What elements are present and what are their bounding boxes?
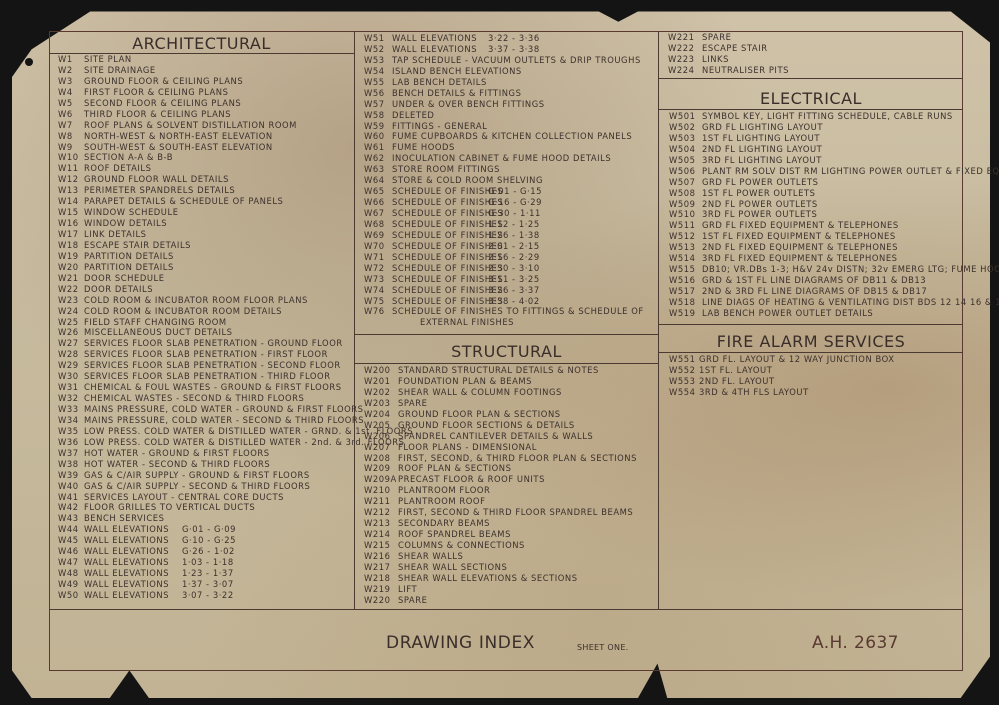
list-item: W518LINE DIAGS OF HEATING & VENTILATING … (659, 297, 963, 308)
drawing-code: W39 (58, 470, 84, 481)
drawing-code: W20 (58, 262, 84, 273)
drawing-description: GROUND FLOOR SECTIONS & DETAILS (398, 420, 575, 431)
drawing-code: W224 (668, 65, 702, 76)
architectural-list: W1SITE PLANW2SITE DRAINAGEW3GROUND FLOOR… (49, 54, 354, 601)
list-item: W1SITE PLAN (49, 54, 354, 65)
drawing-description: FIRST FLOOR & CEILING PLANS (84, 87, 228, 98)
list-item: W58DELETED (355, 110, 658, 121)
drawing-code: W19 (58, 251, 84, 262)
list-item: W65SCHEDULE OF FINISHESG·01 - G·15 (355, 186, 658, 197)
list-item: W9SOUTH-WEST & SOUTH-EAST ELEVATION (49, 142, 354, 153)
drawing-description: STORE ROOM FITTINGS (392, 164, 500, 175)
list-item: W18ESCAPE STAIR DETAILS (49, 240, 354, 251)
drawing-description: ROOF SPANDREL BEAMS (398, 529, 511, 540)
list-item: W219LIFT (355, 584, 658, 595)
drawing-code: W220 (364, 595, 398, 606)
drawing-description: ROOF DETAILS (84, 163, 151, 174)
drawing-code: W12 (58, 174, 84, 185)
drawing-code: W506 (669, 166, 702, 177)
drawing-code: W17 (58, 229, 84, 240)
drawing-description: SERVICES FLOOR SLAB PENETRATION - THIRD … (84, 371, 331, 382)
drawing-code: W504 (669, 144, 702, 155)
list-item: W216SHEAR WALLS (355, 551, 658, 562)
list-item: W42FLOOR GRILLES TO VERTICAL DUCTS (49, 502, 354, 513)
drawing-description: PRECAST FLOOR & ROOF UNITS (398, 474, 545, 485)
drawing-code: W5 (58, 98, 84, 109)
drawing-description: SOUTH-WEST & SOUTH-EAST ELEVATION (84, 142, 273, 153)
drawing-code: W57 (364, 99, 392, 110)
drawing-description: TAP SCHEDULE - VACUUM OUTLETS & DRIP TRO… (392, 55, 641, 66)
list-item: W222ESCAPE STAIR (659, 43, 963, 54)
drawing-description: GRD FL POWER OUTLETS (702, 177, 819, 188)
drawing-code: W69 (364, 230, 392, 241)
room-range: 3·07 - 3·22 (182, 590, 234, 601)
list-item: W34MAINS PRESSURE, COLD WATER - SECOND &… (49, 415, 354, 426)
drawing-description: 1ST FL. LAYOUT (699, 365, 772, 376)
drawing-code: W218 (364, 573, 398, 584)
list-item: W45WALL ELEVATIONSG·10 - G·25 (49, 535, 354, 546)
document-title: DRAWING INDEX (386, 633, 535, 653)
list-item: W502GRD FL LIGHTING LAYOUT (659, 122, 963, 133)
list-item: W29SERVICES FLOOR SLAB PENETRATION - SEC… (49, 360, 354, 371)
drawing-description: 2ND FL FIXED EQUIPMENT & TELEPHONES (702, 242, 898, 253)
drawing-description: ESCAPE STAIR DETAILS (84, 240, 191, 251)
drawing-code: W73 (364, 274, 392, 285)
list-item: W515DB10; VR.DBs 1-3; H&V 24v DISTN; 32v… (659, 264, 963, 275)
list-item: W5SECOND FLOOR & CEILING PLANS (49, 98, 354, 109)
drawing-code: W216 (364, 551, 398, 562)
drawing-code: W517 (669, 286, 702, 297)
list-item: W16WINDOW DETAILS (49, 218, 354, 229)
list-item: W5521ST FL. LAYOUT (659, 365, 963, 376)
drawing-code: W513 (669, 242, 702, 253)
drawing-description: MISCELLANEOUS DUCT DETAILS (84, 327, 233, 338)
drawing-description: SHEAR WALL ELEVATIONS & SECTIONS (398, 573, 578, 584)
drawing-description: 3RD & 4TH FLS LAYOUT (699, 387, 809, 398)
drawing-code: W34 (58, 415, 84, 426)
list-item: W60FUME CUPBOARDS & KITCHEN COLLECTION P… (355, 131, 658, 142)
list-item: W76SCHEDULE OF FINISHES TO FITTINGS & SC… (355, 306, 658, 317)
drawing-description: 3RD FL LIGHTING LAYOUT (702, 155, 822, 166)
drawing-description: LAB BENCH DETAILS (392, 77, 487, 88)
list-item: W44WALL ELEVATIONSG·01 - G·09 (49, 524, 354, 535)
drawing-description: CHEMICAL WASTES - SECOND & THIRD FLOORS (84, 393, 304, 404)
list-item: W202SHEAR WALL & COLUMN FOOTINGS (355, 387, 658, 398)
drawing-description: COLUMNS & CONNECTIONS (398, 540, 525, 551)
drawing-code: W33 (58, 404, 84, 415)
room-range: 3·26 - 3·37 (488, 285, 540, 296)
drawing-code: W50 (58, 590, 84, 601)
list-item: W71SCHEDULE OF FINISHES2·16 - 2·29 (355, 252, 658, 263)
drawing-code: W8 (58, 131, 84, 142)
drawing-code: W42 (58, 502, 84, 513)
drawing-code: W13 (58, 185, 84, 196)
list-item: W24COLD ROOM & INCUBATOR ROOM DETAILS (49, 306, 354, 317)
list-item: W203SPARE (355, 398, 658, 409)
drawing-description: PERIMETER SPANDRELS DETAILS (84, 185, 235, 196)
drawing-code: W59 (364, 121, 392, 132)
list-item: W32CHEMICAL WASTES - SECOND & THIRD FLOO… (49, 393, 354, 404)
drawing-code: W222 (668, 43, 702, 54)
list-item: W56BENCH DETAILS & FITTINGS (355, 88, 658, 99)
list-item: W211PLANTROOM ROOF (355, 496, 658, 507)
drawing-description: SCHEDULE OF FINISHES (392, 230, 503, 241)
room-range: G·16 - G·29 (488, 197, 542, 208)
drawing-code: W74 (364, 285, 392, 296)
drawing-description: BENCH SERVICES (84, 513, 164, 524)
drawing-description: GRD FL. LAYOUT & 12 WAY JUNCTION BOX (699, 354, 895, 365)
list-item: W5081ST FL POWER OUTLETS (659, 188, 963, 199)
right-column: W221SPAREW222ESCAPE STAIRW223LINKSW224NE… (659, 31, 963, 609)
list-item: W28SERVICES FLOOR SLAB PENETRATION - FIR… (49, 349, 354, 360)
room-range: G·10 - G·25 (182, 535, 236, 546)
drawing-description: SECOND FLOOR & CEILING PLANS (84, 98, 241, 109)
drawing-code: W507 (669, 177, 702, 188)
list-item: W64STORE & COLD ROOM SHELVING (355, 175, 658, 186)
drawing-code: W209A (364, 474, 398, 485)
room-range: G·01 - G·15 (488, 186, 542, 197)
electrical-list: W501SYMBOL KEY, LIGHT FITTING SCHEDULE, … (659, 111, 963, 319)
architectural-column: ARCHITECTURAL W1SITE PLANW2SITE DRAINAGE… (49, 31, 355, 609)
drawing-description: FIELD STAFF CHANGING ROOM (84, 317, 227, 328)
sheet-label: SHEET ONE. (577, 643, 629, 652)
drawing-description: DELETED (392, 110, 434, 121)
list-item: W210PLANTROOM FLOOR (355, 485, 658, 496)
section-title-fire-alarm: FIRE ALARM SERVICES (659, 332, 963, 351)
list-item: W51WALL ELEVATIONS3·22 - 3·36 (355, 33, 658, 44)
drawing-description: LIFT (398, 584, 417, 595)
drawing-code: W202 (364, 387, 398, 398)
drawing-description: GRD FL FIXED EQUIPMENT & TELEPHONES (702, 220, 899, 231)
drawing-code: W209 (364, 463, 398, 474)
room-range: 2·16 - 2·29 (488, 252, 540, 263)
drawing-description: GRD FL LIGHTING LAYOUT (702, 122, 823, 133)
list-item: W519LAB BENCH POWER OUTLET DETAILS (659, 308, 963, 319)
drawing-code: W502 (669, 122, 702, 133)
list-item: W38HOT WATER - SECOND & THIRD FLOORS (49, 459, 354, 470)
drawing-description: GAS & C/AIR SUPPLY - SECOND & THIRD FLOO… (84, 481, 310, 492)
list-item: W13PERIMETER SPANDRELS DETAILS (49, 185, 354, 196)
drawing-description: WALL ELEVATIONS (84, 546, 169, 557)
drawing-description: COLD ROOM & INCUBATOR ROOM DETAILS (84, 306, 282, 317)
drawing-code: W41 (58, 492, 84, 503)
list-item: W40GAS & C/AIR SUPPLY - SECOND & THIRD F… (49, 481, 354, 492)
room-range: 2·01 - 2·15 (488, 241, 540, 252)
drawing-description: PLANTROOM ROOF (398, 496, 485, 507)
drawing-code: W11 (58, 163, 84, 174)
drawing-description: SCHEDULE OF FINISHES (392, 197, 503, 208)
section-title-architectural: ARCHITECTURAL (49, 34, 354, 53)
drawing-description: STANDARD STRUCTURAL DETAILS & NOTES (398, 365, 599, 376)
list-item: W23COLD ROOM & INCUBATOR ROOM FLOOR PLAN… (49, 295, 354, 306)
list-item: W5103RD FL POWER OUTLETS (659, 209, 963, 220)
architectural-continued-list: W51WALL ELEVATIONS3·22 - 3·36W52WALL ELE… (355, 33, 658, 328)
drawing-code: W26 (58, 327, 84, 338)
drawing-description: 1ST FL FIXED EQUIPMENT & TELEPHONES (702, 231, 896, 242)
drawing-description: SCHEDULE OF FINISHES (392, 219, 503, 230)
list-item: W221SPARE (659, 32, 963, 43)
list-item: W70SCHEDULE OF FINISHES2·01 - 2·15 (355, 241, 658, 252)
drawing-code: W45 (58, 535, 84, 546)
drawing-description: NEUTRALISER PITS (702, 65, 789, 76)
drawing-code: W29 (58, 360, 84, 371)
drawing-description: FOUNDATION PLAN & BEAMS (398, 376, 532, 387)
room-range: 1·03 - 1·18 (182, 557, 234, 568)
room-range: 1·37 - 3·07 (182, 579, 234, 590)
list-item: W223LINKS (659, 54, 963, 65)
divider (659, 352, 963, 353)
drawing-description: ROOF PLANS & SOLVENT DISTILLATION ROOM (84, 120, 297, 131)
drawing-description: COLD ROOM & INCUBATOR ROOM FLOOR PLANS (84, 295, 308, 306)
list-item: W12GROUND FLOOR WALL DETAILS (49, 174, 354, 185)
drawing-description: ISLAND BENCH ELEVATIONS (392, 66, 522, 77)
list-item: W204GROUND FLOOR PLAN & SECTIONS (355, 409, 658, 420)
drawing-description: SECONDARY BEAMS (398, 518, 490, 529)
drawing-code: W37 (58, 448, 84, 459)
drawing-code: W3 (58, 76, 84, 87)
drawing-description: FIRST, SECOND & THIRD FLOOR SPANDREL BEA… (398, 507, 633, 518)
drawing-description: MAINS PRESSURE, COLD WATER - GROUND & FI… (84, 404, 364, 415)
list-item: W26MISCELLANEOUS DUCT DETAILS (49, 327, 354, 338)
drawing-code: W76 (364, 306, 392, 317)
drawing-code: W203 (364, 398, 398, 409)
drawing-description: THIRD FLOOR & CEILING PLANS (84, 109, 231, 120)
drawing-code: W514 (669, 253, 702, 264)
drawing-code: W223 (668, 54, 702, 65)
drawing-description: PARAPET DETAILS & SCHEDULE OF PANELS (84, 196, 283, 207)
list-item: W11ROOF DETAILS (49, 163, 354, 174)
drawing-code: W6 (58, 109, 84, 120)
drawing-code: W501 (669, 111, 702, 122)
list-item: W59FITTINGS - GENERAL (355, 121, 658, 132)
drawing-code: W60 (364, 131, 392, 142)
drawing-code: W28 (58, 349, 84, 360)
list-item: W551GRD FL. LAYOUT & 12 WAY JUNCTION BOX (659, 354, 963, 365)
drawing-code: W48 (58, 568, 84, 579)
drawing-description: GROUND FLOOR PLAN & SECTIONS (398, 409, 561, 420)
list-item: W21DOOR SCHEDULE (49, 273, 354, 284)
drawing-code: W16 (58, 218, 84, 229)
list-item: W41SERVICES LAYOUT - CENTRAL CORE DUCTS (49, 492, 354, 503)
structural-continued-list: W221SPAREW222ESCAPE STAIRW223LINKSW224NE… (659, 32, 963, 76)
list-item: W15WINDOW SCHEDULE (49, 207, 354, 218)
list-item: W213SECONDARY BEAMS (355, 518, 658, 529)
drawing-code: W75 (364, 296, 392, 307)
drawing-description: SERVICES FLOOR SLAB PENETRATION - FIRST … (84, 349, 328, 360)
drawing-code: W217 (364, 562, 398, 573)
drawing-description: 1ST FL POWER OUTLETS (702, 188, 816, 199)
drawing-code: W509 (669, 199, 702, 210)
drawing-code: W71 (364, 252, 392, 263)
list-item: W3GROUND FLOOR & CEILING PLANS (49, 76, 354, 87)
drawing-code: W205 (364, 420, 398, 431)
drawing-description: SECTION A-A & B-B (84, 152, 173, 163)
drawing-description: PARTITION DETAILS (84, 262, 174, 273)
drawing-description: FUME HOODS (392, 142, 455, 153)
section-title-structural: STRUCTURAL (355, 342, 658, 361)
drawing-description: SPARE (702, 32, 731, 43)
drawing-description: WALL ELEVATIONS (392, 44, 477, 55)
drawing-code: W43 (58, 513, 84, 524)
drawing-code: W213 (364, 518, 398, 529)
room-range: 3·11 - 3·25 (488, 274, 540, 285)
drawing-description: SCHEDULE OF FINISHES (392, 263, 503, 274)
drawing-code: W38 (58, 459, 84, 470)
drawing-description: SHEAR WALL SECTIONS (398, 562, 507, 573)
drawing-description: SCHEDULE OF FINISHES (392, 285, 503, 296)
drawing-code: W553 (669, 376, 699, 387)
list-item: W5172ND & 3RD FL LINE DIAGRAMS OF DB15 &… (659, 286, 963, 297)
drawing-description: WALL ELEVATIONS (84, 579, 169, 590)
list-item: W73SCHEDULE OF FINISHES3·11 - 3·25 (355, 274, 658, 285)
list-item: W212FIRST, SECOND & THIRD FLOOR SPANDREL… (355, 507, 658, 518)
room-range: G·01 - G·09 (182, 524, 236, 535)
drawing-description: SCHEDULE OF FINISHES (392, 208, 503, 219)
drawing-code: W63 (364, 164, 392, 175)
fire-alarm-list: W551GRD FL. LAYOUT & 12 WAY JUNCTION BOX… (659, 354, 963, 398)
drawing-description: BENCH DETAILS & FITTINGS (392, 88, 521, 99)
list-item: W217SHEAR WALL SECTIONS (355, 562, 658, 573)
list-item: W47WALL ELEVATIONS1·03 - 1·18 (49, 557, 354, 568)
list-item: W25FIELD STAFF CHANGING ROOM (49, 317, 354, 328)
list-item: W7ROOF PLANS & SOLVENT DISTILLATION ROOM (49, 120, 354, 131)
drawing-code: W64 (364, 175, 392, 186)
drawing-description: SYMBOL KEY, LIGHT FITTING SCHEDULE, CABL… (702, 111, 953, 122)
drawing-description: STORE & COLD ROOM SHELVING (392, 175, 543, 186)
drawing-number: A.H. 2637 (812, 633, 899, 653)
list-item: W19PARTITION DETAILS (49, 251, 354, 262)
drawing-description: PARTITION DETAILS (84, 251, 174, 262)
drawing-code: W62 (364, 153, 392, 164)
drawing-code: W25 (58, 317, 84, 328)
drawing-code: W56 (364, 88, 392, 99)
drawing-code: W61 (364, 142, 392, 153)
drawing-code: W2 (58, 65, 84, 76)
list-item: W4FIRST FLOOR & CEILING PLANS (49, 87, 354, 98)
drawing-code: W221 (668, 32, 702, 43)
list-item: W10SECTION A-A & B-B (49, 152, 354, 163)
drawing-code: W15 (58, 207, 84, 218)
drawing-code: W58 (364, 110, 392, 121)
drawing-description: WALL ELEVATIONS (84, 524, 169, 535)
list-item: W220SPARE (355, 595, 658, 606)
drawing-code: W204 (364, 409, 398, 420)
list-item: W215COLUMNS & CONNECTIONS (355, 540, 658, 551)
list-item: W5543RD & 4TH FLS LAYOUT (659, 387, 963, 398)
drawing-code: W211 (364, 496, 398, 507)
drawing-code: W65 (364, 186, 392, 197)
drawing-code: W510 (669, 209, 702, 220)
drawing-description: WINDOW DETAILS (84, 218, 167, 229)
room-range: 3·38 - 4·02 (488, 296, 540, 307)
drawing-code: W24 (58, 306, 84, 317)
drawing-code: W519 (669, 308, 702, 319)
drawing-code: W30 (58, 371, 84, 382)
drawing-code: W54 (364, 66, 392, 77)
list-item: W49WALL ELEVATIONS1·37 - 3·07 (49, 579, 354, 590)
drawing-code: W207 (364, 442, 398, 453)
divider (659, 324, 963, 325)
list-item: W5042ND FL LIGHTING LAYOUT (659, 144, 963, 155)
list-item: W205GROUND FLOOR SECTIONS & DETAILS (355, 420, 658, 431)
drawing-description: WALL ELEVATIONS (84, 568, 169, 579)
punch-hole (25, 58, 33, 66)
drawing-description: SERVICES LAYOUT - CENTRAL CORE DUCTS (84, 492, 284, 503)
drawing-description: SCHEDULE OF FINISHES (392, 241, 503, 252)
list-item: W516GRD & 1ST FL LINE DIAGRAMS OF DB11 &… (659, 275, 963, 286)
drawing-description: HOT WATER - GROUND & FIRST FLOORS (84, 448, 270, 459)
drawing-code: W72 (364, 263, 392, 274)
list-item: EXTERNAL FINISHES (355, 317, 658, 328)
list-item: W52WALL ELEVATIONS3·37 - 3·38 (355, 44, 658, 55)
drawing-description: 3RD FL FIXED EQUIPMENT & TELEPHONES (702, 253, 898, 264)
drawing-description: ESCAPE STAIR (702, 43, 768, 54)
drawing-code: W67 (364, 208, 392, 219)
drawing-code: W35 (58, 426, 84, 437)
list-item: W218SHEAR WALL ELEVATIONS & SECTIONS (355, 573, 658, 584)
list-item: W206SPANDREL CANTILEVER DETAILS & WALLS (355, 431, 658, 442)
list-item: W17LINK DETAILS (49, 229, 354, 240)
drawing-description: WINDOW SCHEDULE (84, 207, 179, 218)
drawing-description: 1ST FL LIGHTING LAYOUT (702, 133, 820, 144)
list-item: W20PARTITION DETAILS (49, 262, 354, 273)
drawing-code: W1 (58, 54, 84, 65)
list-item: W72SCHEDULE OF FINISHES2·30 - 3·10 (355, 263, 658, 274)
list-item: W200STANDARD STRUCTURAL DETAILS & NOTES (355, 365, 658, 376)
divider (659, 78, 963, 79)
list-item: W62INOCULATION CABINET & FUME HOOD DETAI… (355, 153, 658, 164)
drawing-code: W49 (58, 579, 84, 590)
room-range: 1·12 - 1·25 (488, 219, 540, 230)
drawing-code: W212 (364, 507, 398, 518)
list-item: W46WALL ELEVATIONSG·26 - 1·02 (49, 546, 354, 557)
drawing-description: ROOF PLAN & SECTIONS (398, 463, 511, 474)
list-item: W511GRD FL FIXED EQUIPMENT & TELEPHONES (659, 220, 963, 231)
drawing-description: 2ND FL LIGHTING LAYOUT (702, 144, 822, 155)
drawing-description: LINK DETAILS (84, 229, 147, 240)
room-range: G·30 - 1·11 (488, 208, 541, 219)
list-item: W5053RD FL LIGHTING LAYOUT (659, 155, 963, 166)
drawing-description: 2ND FL POWER OUTLETS (702, 199, 818, 210)
drawing-code: W14 (58, 196, 84, 207)
drawing-description: GROUND FLOOR & CEILING PLANS (84, 76, 243, 87)
list-item: W224NEUTRALISER PITS (659, 65, 963, 76)
list-item: W63STORE ROOM FITTINGS (355, 164, 658, 175)
drawing-code: W511 (669, 220, 702, 231)
drawing-code: W508 (669, 188, 702, 199)
list-item: W39GAS & C/AIR SUPPLY - GROUND & FIRST F… (49, 470, 354, 481)
drawing-description: LINE DIAGS OF HEATING & VENTILATING DIST… (702, 297, 999, 308)
drawing-code: W31 (58, 382, 84, 393)
drawing-description: DOOR SCHEDULE (84, 273, 165, 284)
drawing-description: SERVICES FLOOR SLAB PENETRATION - SECOND… (84, 360, 341, 371)
drawing-code: W206 (364, 431, 398, 442)
list-item: W5031ST FL LIGHTING LAYOUT (659, 133, 963, 144)
list-item: W507GRD FL POWER OUTLETS (659, 177, 963, 188)
drawing-description: FLOOR GRILLES TO VERTICAL DUCTS (84, 502, 255, 513)
list-item: W33MAINS PRESSURE, COLD WATER - GROUND &… (49, 404, 354, 415)
drawing-code: W219 (364, 584, 398, 595)
drawing-description: FITTINGS - GENERAL (392, 121, 487, 132)
list-item: W5132ND FL FIXED EQUIPMENT & TELEPHONES (659, 242, 963, 253)
drawing-description: SPARE (398, 398, 427, 409)
drawing-code: W55 (364, 77, 392, 88)
list-item: W69SCHEDULE OF FINISHES1·26 - 1·38 (355, 230, 658, 241)
drawing-code: W201 (364, 376, 398, 387)
drawing-code: W27 (58, 338, 84, 349)
divider (355, 363, 658, 364)
drawing-description: FIRST, SECOND, & THIRD FLOOR PLAN & SECT… (398, 453, 637, 464)
